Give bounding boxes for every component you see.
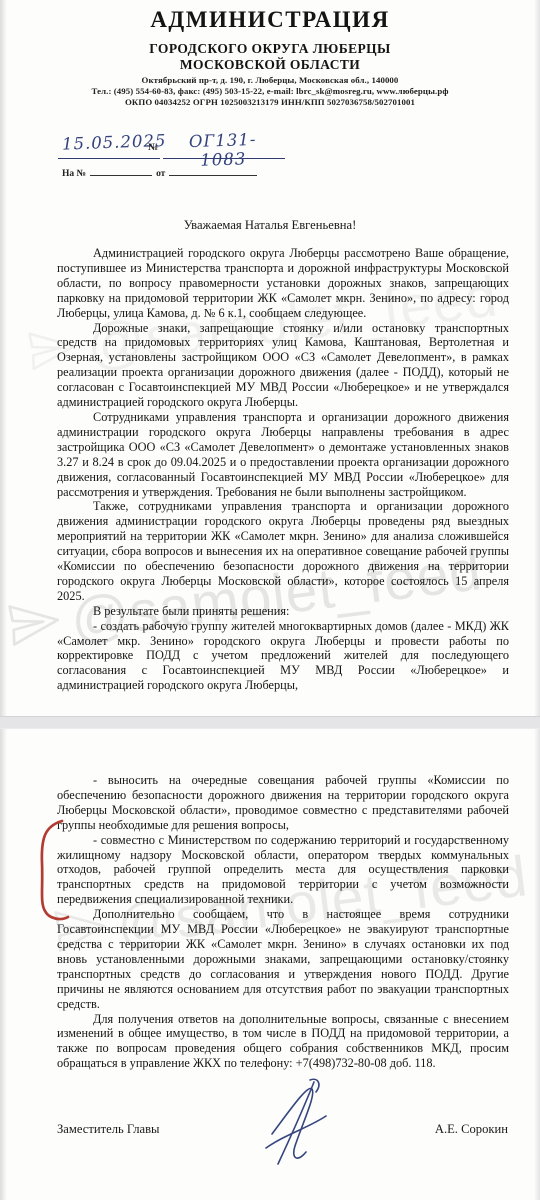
reply-date-blank: [169, 175, 257, 176]
date-underline: [58, 158, 160, 159]
signer-name: А.Е. Сорокин: [435, 1122, 508, 1137]
paragraph: Сотрудниками управления транспорта и орг…: [57, 410, 509, 499]
telegram-plane-icon: [4, 592, 65, 657]
letterhead-org-district: ГОРОДСКОГО ОКРУГА ЛЮБЕРЦЫ: [0, 41, 540, 57]
handwritten-signature-ink: [248, 1076, 358, 1176]
paragraph: В результате были приняты решения:: [57, 604, 509, 619]
red-pen-bracket-mark: [34, 818, 80, 933]
letterhead-org-name: АДМИНИСТРАЦИЯ: [0, 7, 540, 33]
letterhead-contacts: Тел.: (495) 554-60-83, факс: (495) 503-1…: [0, 86, 540, 96]
scan-left-edge-shadow: [0, 0, 7, 1200]
reply-number-label: На №: [62, 169, 86, 179]
handwritten-date: 15.05.2025: [62, 131, 155, 153]
handwritten-outgoing-number: ОГ131-1083: [167, 129, 278, 171]
reply-number-blank: [90, 175, 152, 176]
paragraph: Администрацией городского округа Люберцы…: [57, 246, 509, 321]
paragraph: Дорожные знаки, запрещающие стоянку и/ил…: [57, 321, 509, 410]
salutation: Уважаемая Наталья Евгеньевна!: [0, 218, 540, 233]
reply-date-label: от: [156, 169, 165, 179]
paragraph: Дополнительно сообщаем, что в настоящее …: [57, 907, 509, 1011]
letterhead-registration-codes: ОКПО 04034252 ОГРН 1025003213179 ИНН/КПП…: [0, 97, 540, 107]
reply-reference-row: На №от: [62, 169, 257, 179]
signer-job-title: Заместитель Главы: [57, 1122, 160, 1137]
scanned-letter-page: @samolet_feed @samolet_feed @samolet_fee…: [0, 0, 540, 1200]
paragraph: Также, сотрудниками управления транспорт…: [57, 499, 509, 603]
letterhead-org-region: МОСКОВСКОЙ ОБЛАСТИ: [0, 57, 540, 73]
scan-right-edge-shadow: [534, 0, 540, 1200]
number-underline: [163, 158, 285, 159]
letterhead-address: Октябрьский пр-т, д. 190, г. Люберцы, Мо…: [0, 75, 540, 85]
letter-body-page1: Администрацией городского округа Люберцы…: [57, 246, 509, 693]
paragraph: - создать рабочую группу жителей многокв…: [57, 619, 509, 694]
paragraph: Для получения ответов на дополнительные …: [57, 1012, 509, 1072]
letter-body-page2: - выносить на очередные совещания рабоче…: [57, 773, 509, 1071]
paragraph: - выносить на очередные совещания рабоче…: [57, 773, 509, 833]
number-sign-label: №: [148, 142, 158, 153]
page-break-divider: [0, 716, 540, 729]
paragraph: - совместно с Министерством по содержани…: [57, 833, 509, 908]
